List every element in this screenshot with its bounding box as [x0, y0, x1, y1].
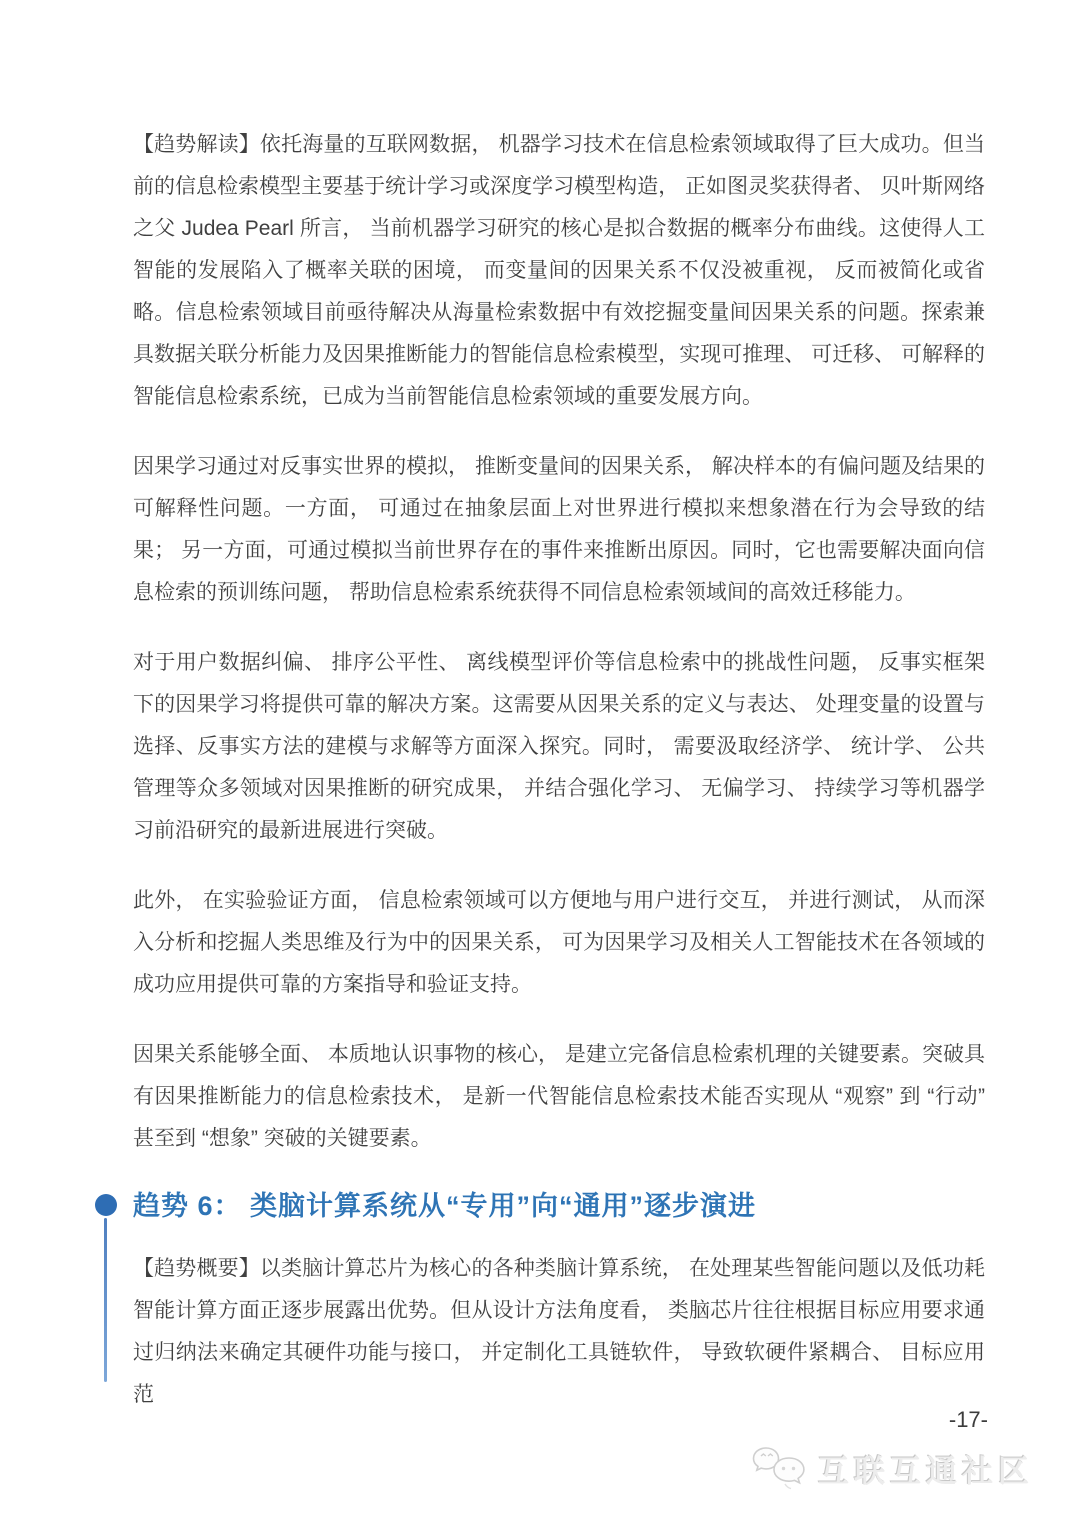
- section-vertical-line: [104, 1218, 107, 1382]
- section-heading: 趋势 6： 类脑计算系统从“专用”向“通用”逐步演进: [133, 1188, 985, 1224]
- wechat-bubbles-icon: [752, 1444, 808, 1492]
- paragraph-causal-learning: 因果学习通过对反事实世界的模拟， 推断变量间的因果关系， 解决样本的有偏问题及结…: [133, 446, 985, 614]
- section-bullet-dot: [95, 1194, 117, 1216]
- section-trend-6: 趋势 6： 类脑计算系统从“专用”向“通用”逐步演进 【趋势概要】以类脑计算芯片…: [133, 1188, 985, 1416]
- page-number: -17-: [949, 1406, 988, 1434]
- page-content: 【趋势解读】依托海量的互联网数据， 机器学习技术在信息检索领域取得了巨大成功。但…: [133, 124, 985, 1444]
- footer-watermark: 互联互通社区: [752, 1444, 1034, 1492]
- paragraph-trend-interpretation: 【趋势解读】依托海量的互联网数据， 机器学习技术在信息检索领域取得了巨大成功。但…: [133, 124, 985, 418]
- paragraph-counterfactual-framework: 对于用户数据纠偏、 排序公平性、 离线模型评价等信息检索中的挑战性问题， 反事实…: [133, 642, 985, 852]
- paragraph-causal-relations-core: 因果关系能够全面、 本质地认识事物的核心， 是建立完备信息检索机理的关键要素。突…: [133, 1034, 985, 1160]
- document-page: 【趋势解读】依托海量的互联网数据， 机器学习技术在信息检索领域取得了巨大成功。但…: [0, 0, 1080, 1516]
- paragraph-trend-summary: 【趋势概要】以类脑计算芯片为核心的各种类脑计算系统， 在处理某些智能问题以及低功…: [133, 1248, 985, 1416]
- paragraph-experimental-validation: 此外， 在实验验证方面， 信息检索领域可以方便地与用户进行交互， 并进行测试， …: [133, 880, 985, 1006]
- watermark-text: 互联互通社区: [818, 1446, 1034, 1491]
